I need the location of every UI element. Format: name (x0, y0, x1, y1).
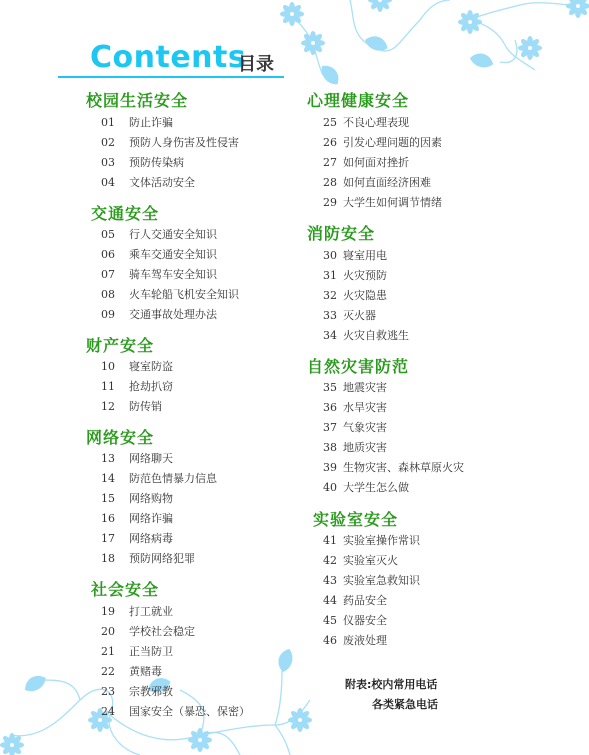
toc-entry[interactable]: 23宗教邪教 (101, 685, 173, 699)
title-divider (58, 76, 284, 78)
toc-entry[interactable]: 13网络聊天 (101, 452, 173, 466)
toc-entry[interactable]: 02预防人身伤害及性侵害 (101, 136, 239, 150)
toc-entry[interactable]: 14防范色情暴力信息 (101, 472, 217, 486)
toc-entry[interactable]: 38地质灾害 (323, 441, 387, 455)
toc-entry[interactable]: 19打工就业 (101, 605, 173, 619)
toc-entry[interactable]: 37气象灾害 (323, 421, 387, 435)
toc-entry[interactable]: 26引发心理问题的因素 (323, 136, 442, 150)
appendix-emergency-phones[interactable]: 各类紧急电话 (372, 696, 438, 712)
title-english: Contents (90, 40, 246, 75)
toc-entry[interactable]: 34火灾自救逃生 (323, 329, 409, 343)
toc-entry[interactable]: 39生物灾害、森林草原火灾 (323, 461, 464, 475)
toc-entry[interactable]: 25不良心理表现 (323, 116, 409, 130)
section-heading: 社会安全 (91, 577, 159, 600)
section-heading: 网络安全 (86, 425, 154, 448)
appendix-campus-phones[interactable]: 附表:校内常用电话 (345, 676, 437, 692)
toc-entry[interactable]: 27如何面对挫折 (323, 156, 409, 170)
section-heading: 实验室安全 (313, 507, 398, 530)
floral-decoration (0, 0, 589, 755)
section-heading: 自然灾害防范 (307, 354, 409, 377)
section-heading: 财产安全 (86, 333, 154, 356)
toc-entry[interactable]: 07骑车驾车安全知识 (101, 268, 217, 282)
toc-entry[interactable]: 06乘车交通安全知识 (101, 248, 217, 262)
title-chinese: 目录 (238, 50, 274, 76)
flower-icon (301, 31, 325, 55)
toc-entry[interactable]: 17网络病毒 (101, 532, 173, 546)
toc-entry[interactable]: 16网络诈骗 (101, 512, 173, 526)
toc-entry[interactable]: 36水旱灾害 (323, 401, 387, 415)
toc-entry[interactable]: 09交通事故处理办法 (101, 308, 217, 322)
toc-entry[interactable]: 15网络购物 (101, 492, 173, 506)
toc-entry[interactable]: 22黄赌毒 (101, 665, 162, 679)
toc-entry[interactable]: 33灭火器 (323, 309, 376, 323)
section-heading: 心理健康安全 (307, 88, 409, 111)
toc-entry[interactable]: 18预防网络犯罪 (101, 552, 195, 566)
toc-entry[interactable]: 35地震灾害 (323, 381, 387, 395)
toc-entry[interactable]: 28如何直面经济困难 (323, 176, 431, 190)
toc-entry[interactable]: 10寝室防盗 (101, 360, 173, 374)
toc-entry[interactable]: 12防传销 (101, 400, 162, 414)
section-heading: 消防安全 (307, 221, 375, 244)
toc-entry[interactable]: 46废液处理 (323, 634, 387, 648)
toc-entry[interactable]: 21正当防卫 (101, 645, 173, 659)
toc-entry[interactable]: 41实验室操作常识 (323, 534, 420, 548)
toc-entry[interactable]: 45仪器安全 (323, 614, 387, 628)
toc-entry[interactable]: 32火灾隐患 (323, 289, 387, 303)
toc-entry[interactable]: 31火灾预防 (323, 269, 387, 283)
toc-entry[interactable]: 40大学生怎么做 (323, 481, 409, 495)
section-heading: 交通安全 (91, 201, 159, 224)
top-vine-decoration (290, 0, 575, 75)
toc-entry[interactable]: 24国家安全（暴恐、保密） (101, 705, 250, 719)
toc-entry[interactable]: 44药品安全 (323, 594, 387, 608)
toc-entry[interactable]: 42实验室灭火 (323, 554, 398, 568)
toc-entry[interactable]: 43实验室急救知识 (323, 574, 420, 588)
toc-entry[interactable]: 04文体活动安全 (101, 176, 195, 190)
toc-entry[interactable]: 20学校社会稳定 (101, 625, 195, 639)
toc-entry[interactable]: 08火车轮船飞机安全知识 (101, 288, 239, 302)
toc-entry[interactable]: 01防止诈骗 (101, 116, 173, 130)
toc-entry[interactable]: 03预防传染病 (101, 156, 184, 170)
section-heading: 校园生活安全 (86, 88, 188, 111)
toc-entry[interactable]: 11抢劫扒窃 (101, 380, 173, 394)
toc-entry[interactable]: 30寝室用电 (323, 249, 387, 263)
toc-entry[interactable]: 05行人交通安全知识 (101, 228, 217, 242)
toc-entry[interactable]: 29大学生如何调节情绪 (323, 196, 442, 210)
